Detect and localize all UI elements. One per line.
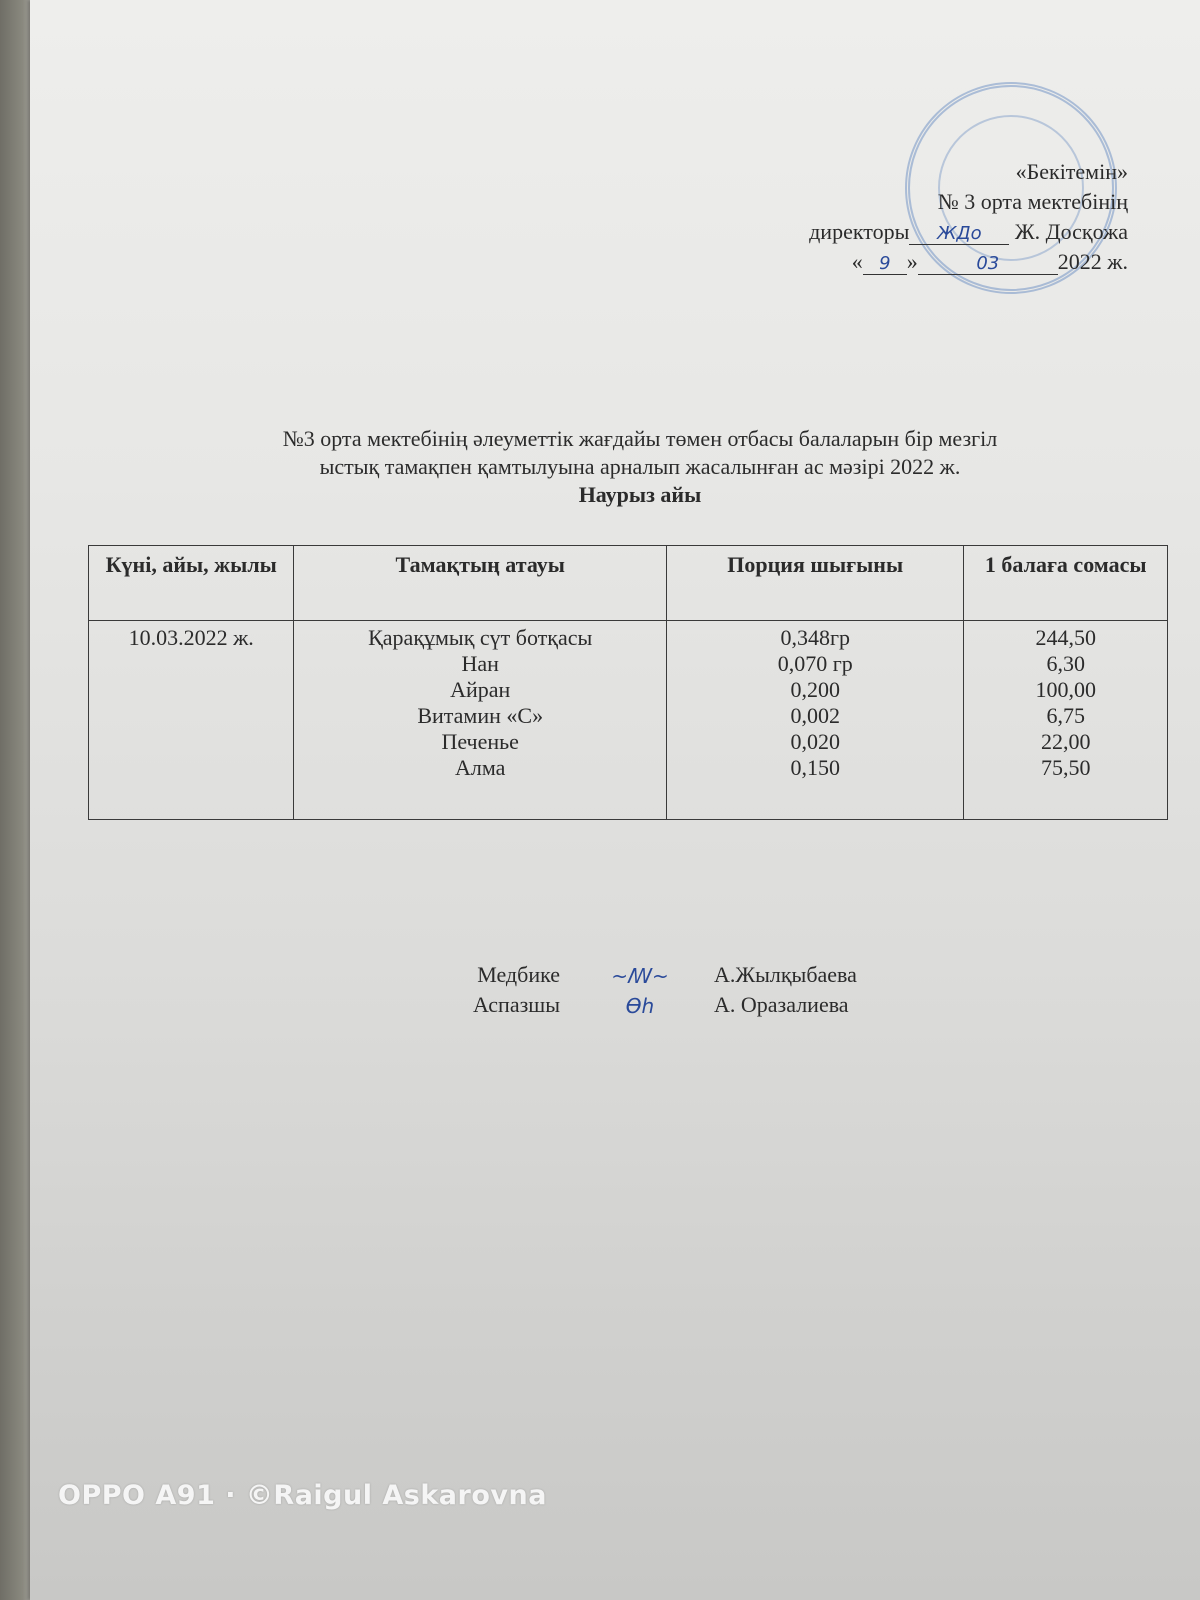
signature-role: Аспазшы: [410, 990, 570, 1020]
director-name: Ж. Досқожа: [1015, 219, 1128, 244]
portion-value: 0,002: [673, 703, 958, 729]
cell-food-names: Қарақұмық сүт ботқасы Нан Айран Витамин …: [294, 621, 667, 820]
header-portion: Порция шығыны: [666, 546, 964, 621]
date-quote-open: «: [852, 249, 863, 274]
cell-portions: 0,348гр 0,070 гр 0,200 0,002 0,020 0,150: [666, 621, 964, 820]
food-item: Алма: [300, 755, 660, 781]
signature-row-cook: Аспазшы Ɵh А. Оразалиева: [410, 990, 857, 1020]
date-year: 2022 ж.: [1058, 249, 1128, 274]
approval-date-line: «9»032022 ж.: [809, 247, 1128, 277]
approval-school: № 3 орта мектебінің: [809, 187, 1128, 217]
date-month: 03: [918, 254, 1058, 275]
approval-director-line: директорыЖДо Ж. Досқожа: [809, 217, 1128, 247]
signature-row-nurse: Медбике ~ꟿ~ А.Жылқыбаева: [410, 960, 857, 990]
portion-value: 0,150: [673, 755, 958, 781]
cell-sums: 244,50 6,30 100,00 6,75 22,00 75,50: [964, 621, 1168, 820]
camera-watermark: OPPO A91 · ©Raigul Askarovna: [58, 1480, 547, 1511]
approval-heading: «Бекітемін»: [809, 157, 1128, 187]
header-food-name: Тамақтың атауы: [294, 546, 667, 621]
date-quote-close: »: [907, 249, 918, 274]
food-item: Витамин «С»: [300, 703, 660, 729]
signatures-block: Медбике ~ꟿ~ А.Жылқыбаева Аспазшы Ɵh А. О…: [410, 960, 857, 1020]
sum-value: 75,50: [970, 755, 1161, 781]
cell-date: 10.03.2022 ж.: [89, 621, 294, 820]
portion-value: 0,348гр: [673, 625, 958, 651]
date-day: 9: [863, 254, 907, 275]
sum-value: 100,00: [970, 677, 1161, 703]
sum-value: 6,75: [970, 703, 1161, 729]
sum-value: 6,30: [970, 651, 1161, 677]
menu-table: Күні, айы, жылы Тамақтың атауы Порция шы…: [88, 545, 1168, 820]
sum-value: 244,50: [970, 625, 1161, 651]
portion-value: 0,200: [673, 677, 958, 703]
food-item: Нан: [300, 651, 660, 677]
header-sum: 1 балаға сомасы: [964, 546, 1168, 621]
portion-value: 0,070 гр: [673, 651, 958, 677]
title-line-2: ыстық тамақпен қамтылуына арналып жасалы…: [100, 453, 1180, 481]
portion-value: 0,020: [673, 729, 958, 755]
signature-role: Медбике: [410, 960, 570, 990]
food-item: Қарақұмық сүт ботқасы: [300, 625, 660, 651]
header-date: Күні, айы, жылы: [89, 546, 294, 621]
title-line-1: №3 орта мектебінің әлеуметтік жағдайы тө…: [100, 425, 1180, 453]
title-month: Наурыз айы: [100, 481, 1180, 509]
director-prefix: директоры: [809, 219, 909, 244]
food-item: Айран: [300, 677, 660, 703]
signature-name: А.Жылқыбаева: [710, 960, 857, 990]
handwritten-signature-icon: ~ꟿ~: [570, 961, 710, 989]
document-title: №3 орта мектебінің әлеуметтік жағдайы тө…: [100, 425, 1180, 509]
table-row: 10.03.2022 ж. Қарақұмық сүт ботқасы Нан …: [89, 621, 1168, 820]
table-header-row: Күні, айы, жылы Тамақтың атауы Порция шы…: [89, 546, 1168, 621]
signature-name: А. Оразалиева: [710, 990, 849, 1020]
sum-value: 22,00: [970, 729, 1161, 755]
handwritten-signature-icon: Ɵh: [570, 991, 710, 1019]
director-signature: ЖДо: [909, 224, 1009, 245]
approval-block: «Бекітемін» № 3 орта мектебінің директор…: [809, 157, 1128, 277]
food-item: Печенье: [300, 729, 660, 755]
